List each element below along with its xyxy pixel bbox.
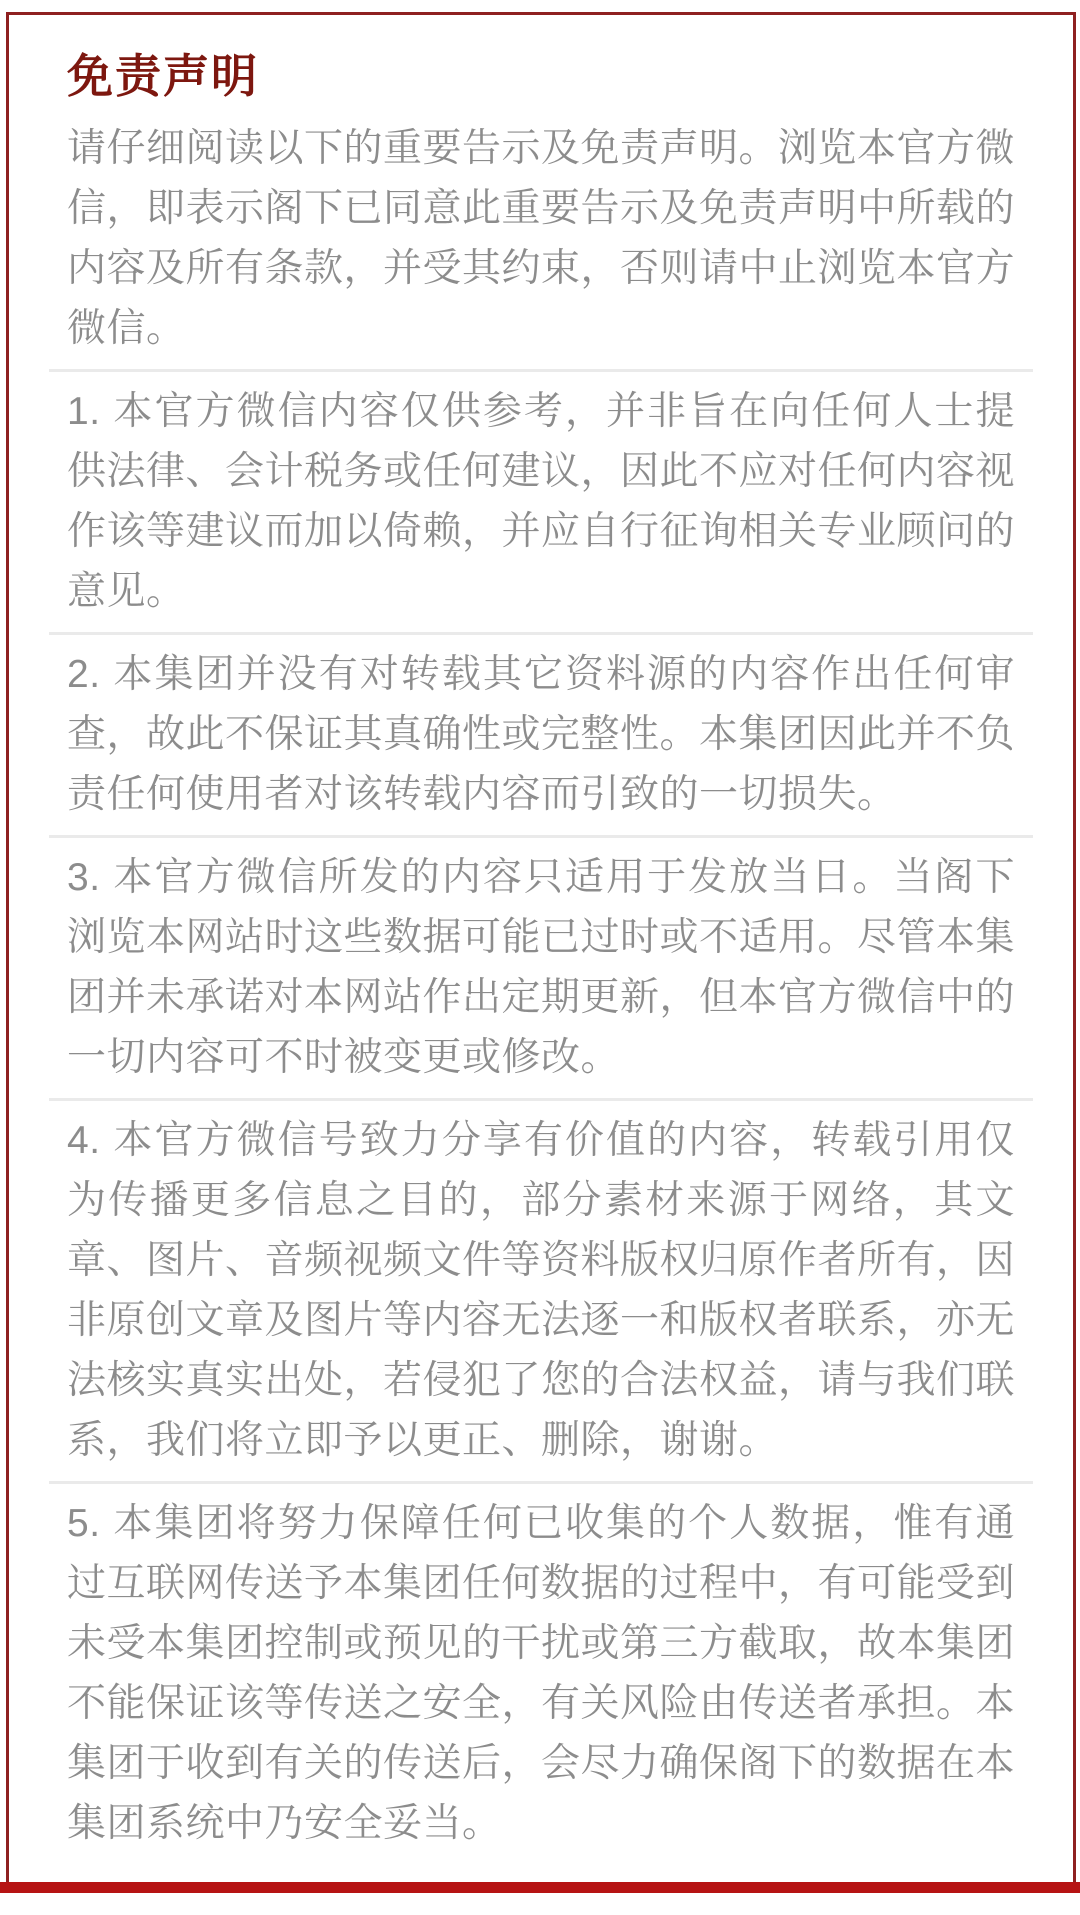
separator [49, 1098, 1033, 1101]
separator [49, 369, 1033, 372]
separator [49, 835, 1033, 838]
clause-paragraph-5: 5. 本集团将努力保障任何已收集的个人数据，惟有通过互联网传送予本集团任何数据的… [67, 1494, 1015, 1854]
clause-paragraph-1: 1. 本官方微信内容仅供参考，并非旨在向任何人士提供法律、会计税务或任何建议，因… [67, 382, 1015, 622]
clause-paragraph-2: 2. 本集团并没有对转载其它资料源的内容作出任何审查，故此不保证其真确性或完整性… [67, 645, 1015, 825]
disclaimer-title: 免责声明 [67, 47, 1015, 105]
bottom-accent-bar [0, 1882, 1080, 1893]
separator [49, 1481, 1033, 1484]
separator [49, 632, 1033, 635]
intro-paragraph: 请仔细阅读以下的重要告示及免责声明。浏览本官方微信，即表示阁下已同意此重要告示及… [67, 119, 1015, 359]
clause-paragraph-4: 4. 本官方微信号致力分享有价值的内容，转载引用仅为传播更多信息之目的，部分素材… [67, 1111, 1015, 1471]
clause-paragraph-3: 3. 本官方微信所发的内容只适用于发放当日。当阁下浏览本网站时这些数据可能已过时… [67, 848, 1015, 1088]
disclaimer-card: 免责声明 请仔细阅读以下的重要告示及免责声明。浏览本官方微信，即表示阁下已同意此… [6, 12, 1076, 1882]
bottom-whitespace [0, 1893, 1080, 1915]
